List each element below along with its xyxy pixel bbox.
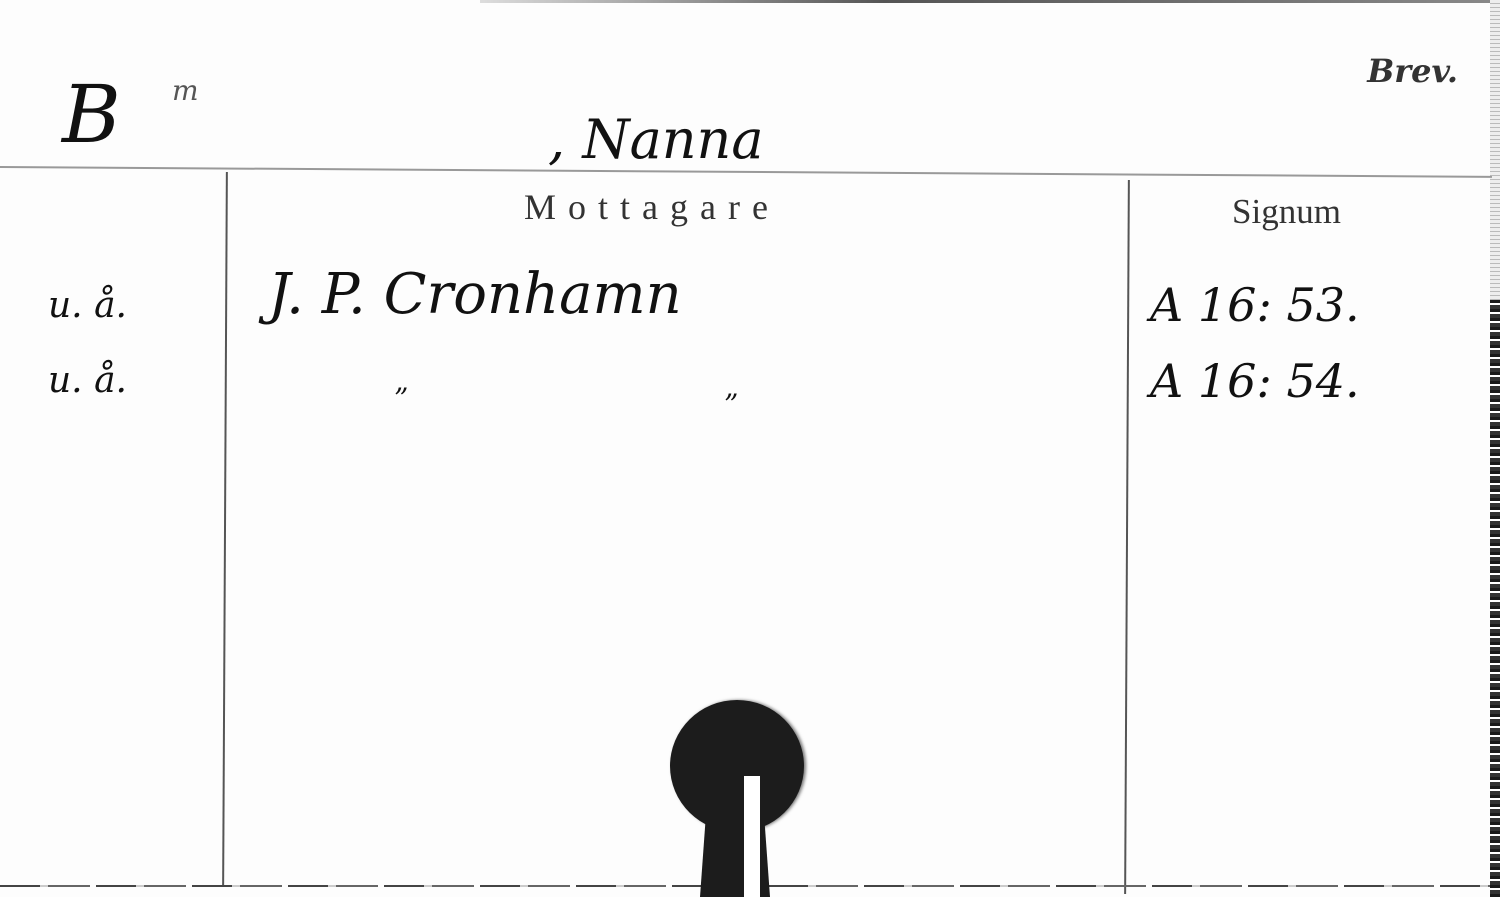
surname-superscript: m xyxy=(172,74,199,107)
card-right-edge xyxy=(1490,300,1500,897)
row-2-ditto-mark-1: ” xyxy=(394,382,408,415)
signum-header: Signum xyxy=(1232,192,1341,232)
row-1-recipient: J. P. Cronhamn xyxy=(268,262,682,327)
column-divider-right xyxy=(1124,180,1130,894)
row-1-signum: A 16: 53. xyxy=(1150,278,1360,332)
card-type-label: Brev. xyxy=(1367,52,1458,90)
card-top-edge xyxy=(480,0,1490,3)
index-card: Brev. B m , Nanna Mottagare Signum u. å.… xyxy=(0,0,1500,897)
row-2-date: u. å. xyxy=(48,360,127,401)
filing-rod-slot xyxy=(744,776,760,897)
given-name: , Nanna xyxy=(548,108,764,171)
surname-initial: B xyxy=(62,68,121,161)
row-1-date: u. å. xyxy=(48,285,127,326)
column-divider-left xyxy=(222,172,228,886)
row-2-signum: A 16: 54. xyxy=(1150,354,1360,408)
mottagare-header: Mottagare xyxy=(524,186,780,228)
row-2-ditto-mark-2: ” xyxy=(724,388,738,421)
card-right-edge-shading xyxy=(1490,0,1500,300)
